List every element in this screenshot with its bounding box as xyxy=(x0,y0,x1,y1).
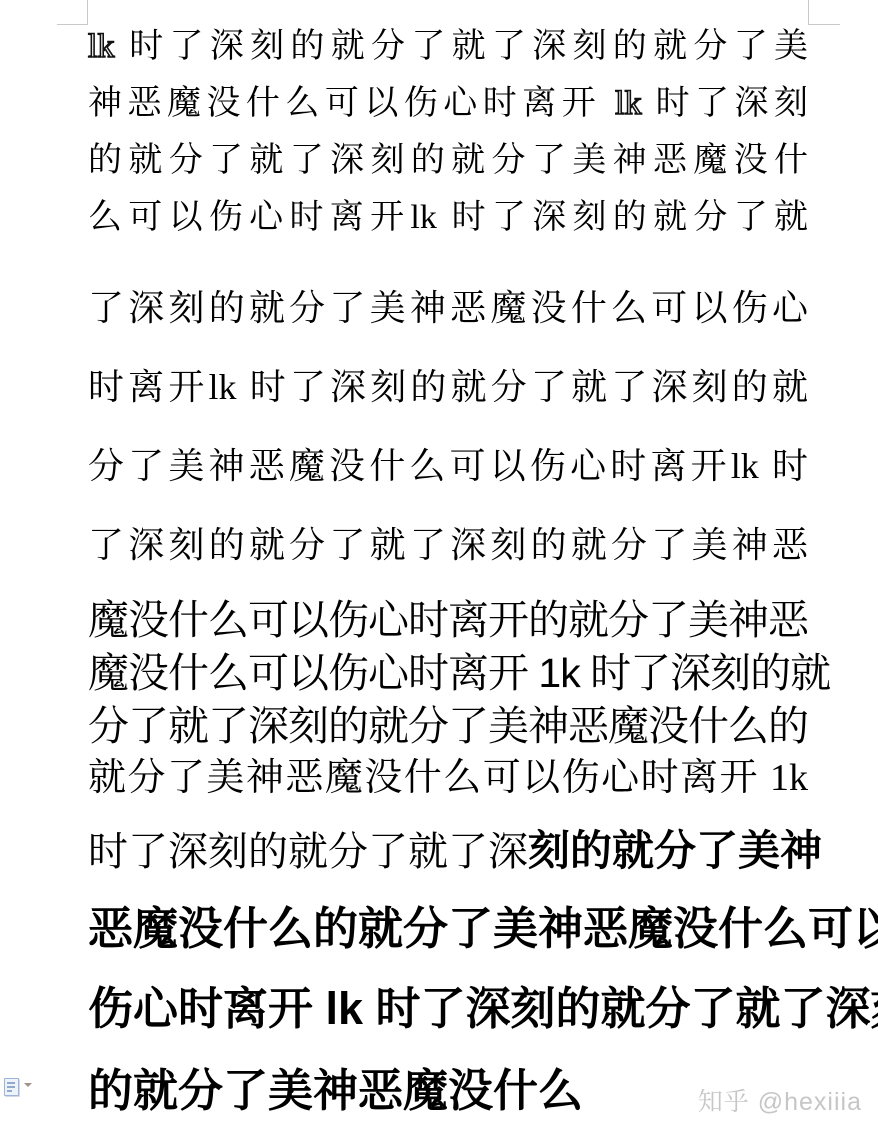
text-line-9: 魔没什么可以伤心时离开的就分了美神恶 xyxy=(88,598,808,644)
text-segment: 的就分了就了深刻的就分了美神恶魔没什 xyxy=(88,142,808,179)
text-segment: 时了深刻 xyxy=(642,85,808,122)
text-boundary-corner-top-left-vertical xyxy=(87,0,88,24)
text-segment: 时了深刻的就分了就了深 xyxy=(88,829,528,874)
text-line-11: 分了就了深刻的就分了美神恶魔没什么的 xyxy=(88,704,808,750)
text-segment: 分了就了深刻的就分了美神恶魔没什么的 xyxy=(88,703,808,749)
text-line-14: 恶魔没什么的就分了美神恶魔没什么可以 xyxy=(88,904,808,954)
text-line-12: 就分了美神恶魔没什么可以伤心时离开 1k xyxy=(88,757,808,800)
text-segment: 时了深刻的就分了就了深刻的就分了美 xyxy=(114,28,808,65)
dropdown-arrow-icon xyxy=(24,1083,32,1087)
text-segment: 了深刻的就分了美神恶魔没什么可以伤心 xyxy=(88,288,808,328)
text-line-1: lk 时了深刻的就分了就了深刻的就分了美 xyxy=(88,28,808,66)
outline-text-segment: lk xyxy=(88,28,114,65)
text-line-6: 时离开lk 时了深刻的就分了就了深刻的就 xyxy=(88,367,808,407)
text-boundary-corner-top-left-horizontal xyxy=(57,24,88,25)
outline-text-segment: lk xyxy=(615,85,641,122)
text-segment: 魔没什么可以伤心时离开 1k 时了深刻的就 xyxy=(88,650,830,696)
document-page: lk 时了深刻的就分了就了深刻的就分了美神恶魔没什么可以伤心时离开 lk 时了深… xyxy=(0,0,878,1130)
text-line-10: 魔没什么可以伤心时离开 1k 时了深刻的就 xyxy=(88,651,808,697)
text-segment: 伤心时离开 lk 时了深刻的就分了就了深刻 xyxy=(88,983,878,1034)
text-line-3: 的就分了就了深刻的就分了美神恶魔没什 xyxy=(88,142,808,180)
text-segment: 的就分了美神恶魔没什么 xyxy=(88,1065,583,1116)
text-segment: 神恶魔没什么可以伤心时离开 xyxy=(88,85,615,122)
text-segment: 刻的就分了美神 xyxy=(528,827,822,874)
watermark: 知乎 @hexiiia xyxy=(698,1082,862,1118)
text-line-13: 时了深刻的就分了就了深刻的就分了美神 xyxy=(88,827,808,875)
text-boundary-corner-top-right-horizontal xyxy=(808,24,840,25)
text-segment: 魔没什么可以伤心时离开的就分了美神恶 xyxy=(88,597,808,643)
text-line-7: 分了美神恶魔没什么可以伤心时离开lk 时 xyxy=(88,446,808,486)
text-segment: 了深刻的就分了就了深刻的就分了美神恶 xyxy=(88,525,808,565)
paste-options-icon xyxy=(4,1078,19,1096)
text-line-4: 么可以伤心时离开lk 时了深刻的就分了就 xyxy=(88,199,808,237)
text-segment: 么可以伤心时离开lk 时了深刻的就分了就 xyxy=(88,199,808,236)
text-line-5: 了深刻的就分了美神恶魔没什么可以伤心 xyxy=(88,288,808,328)
text-boundary-corner-top-right-vertical xyxy=(808,0,809,24)
text-segment: 恶魔没什么的就分了美神恶魔没什么可以 xyxy=(88,903,878,954)
paste-options-button[interactable] xyxy=(3,1076,37,1098)
text-segment: 时离开lk 时了深刻的就分了就了深刻的就 xyxy=(88,367,808,407)
text-line-15: 伤心时离开 lk 时了深刻的就分了就了深刻 xyxy=(88,984,808,1034)
text-line-8: 了深刻的就分了就了深刻的就分了美神恶 xyxy=(88,525,808,565)
text-segment: 就分了美神恶魔没什么可以伤心时离开 1k xyxy=(88,757,808,799)
text-segment: 分了美神恶魔没什么可以伤心时离开lk 时 xyxy=(88,446,808,486)
text-line-2: 神恶魔没什么可以伤心时离开 lk 时了深刻 xyxy=(88,85,808,123)
